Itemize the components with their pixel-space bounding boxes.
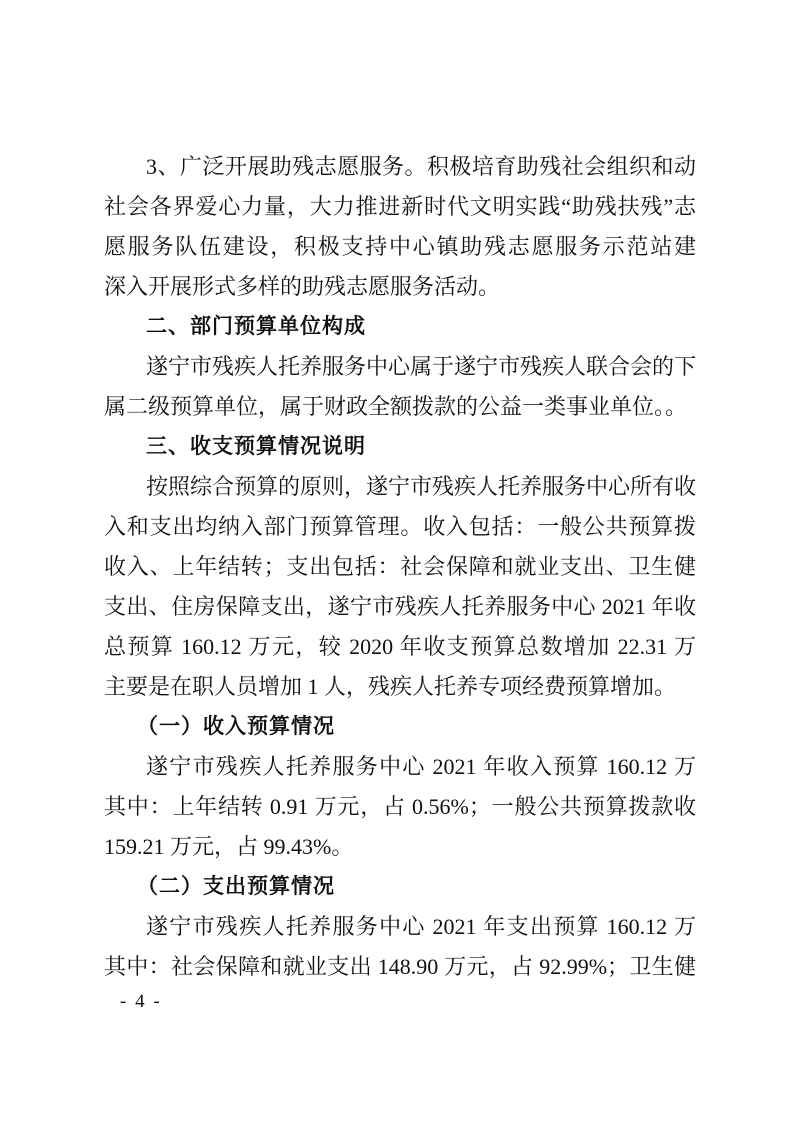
paragraph-line: 按照综合预算的原则，遂宁市残疾人托养服务中心所有收 [104,467,696,507]
paragraph-line: 支出、住房保障支出，遂宁市残疾人托养服务中心 2021 年收支 [104,587,696,627]
paragraph-line: 主要是在职人员增加 1 人，残疾人托养专项经费预算增加。 [104,667,696,707]
paragraph-line: 入和支出均纳入部门预算管理。收入包括：一般公共预算拨款 [104,507,696,547]
paragraph-line: 深入开展形式多样的助残志愿服务活动。 [104,267,696,307]
document-body: 3、广泛开展助残志愿服务。积极培育助残社会组织和动员 社会各界爱心力量，大力推进… [104,147,696,987]
section-heading: 二、部门预算单位构成 [104,307,696,347]
paragraph-line: 遂宁市残疾人托养服务中心 2021 年支出预算 160.12 万元， [104,907,696,947]
page-number: - 4 - [120,991,162,1013]
paragraph-line: 总预算 160.12 万元，较 2020 年收支预算总数增加 22.31 万元， [104,627,696,667]
paragraph-line: 遂宁市残疾人托养服务中心属于遂宁市残疾人联合会的下 [104,347,696,387]
paragraph-line: 其中：上年结转 0.91 万元，占 0.56%；一般公共预算拨款收入 [104,787,696,827]
subsection-heading: （二）支出预算情况 [104,867,696,907]
paragraph-line: 遂宁市残疾人托养服务中心 2021 年收入预算 160.12 万元， [104,747,696,787]
paragraph-line: 愿服务队伍建设，积极支持中心镇助残志愿服务示范站建设， [104,227,696,267]
document-page: 3、广泛开展助残志愿服务。积极培育助残社会组织和动员 社会各界爱心力量，大力推进… [0,0,793,1122]
paragraph-line: 收入、上年结转；支出包括：社会保障和就业支出、卫生健康 [104,547,696,587]
paragraph-line: 其中：社会保障和就业支出 148.90 万元，占 92.99%；卫生健康 [104,947,696,987]
paragraph-line: 属二级预算单位，属于财政全额拨款的公益一类事业单位。。 [104,387,696,427]
section-heading: 三、收支预算情况说明 [104,427,696,467]
paragraph-line: 社会各界爱心力量，大力推进新时代文明实践“助残扶残”志 [104,187,696,227]
paragraph-line: 3、广泛开展助残志愿服务。积极培育助残社会组织和动员 [104,147,696,187]
paragraph-line: 159.21 万元，占 99.43%。 [104,827,696,867]
subsection-heading: （一）收入预算情况 [104,707,696,747]
